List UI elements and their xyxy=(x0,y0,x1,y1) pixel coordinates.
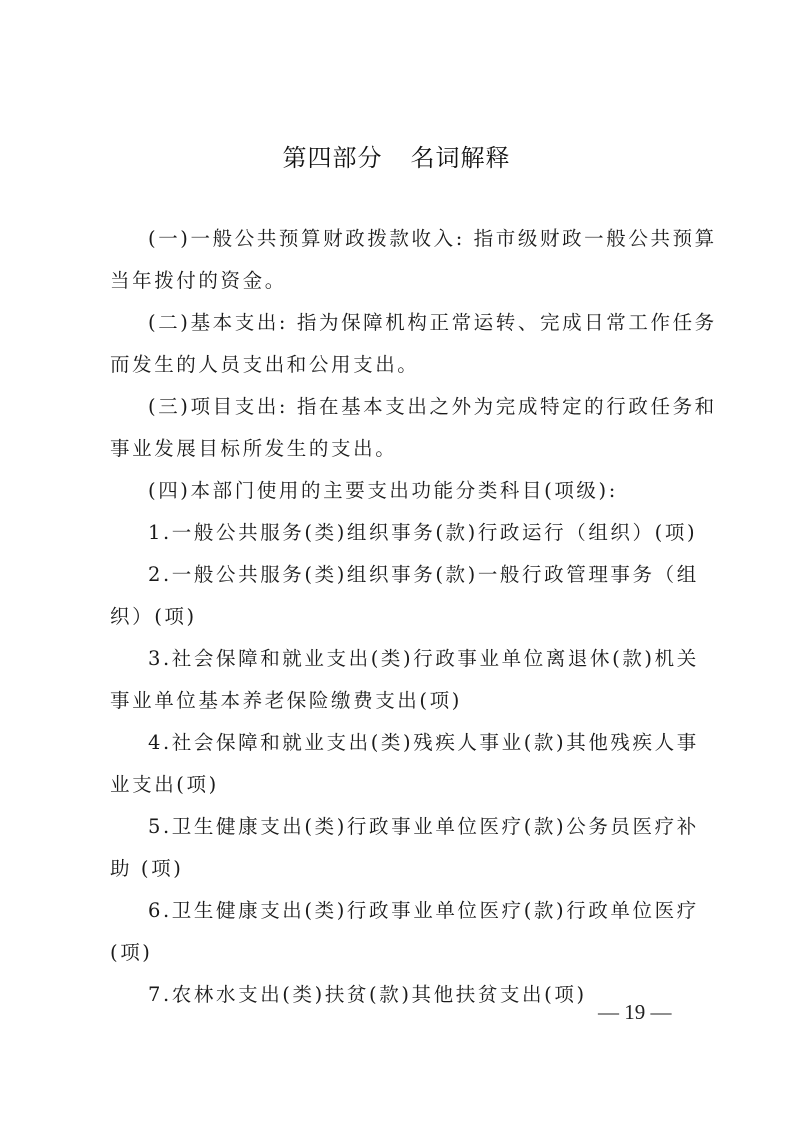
text-line: 当年拨付的资金。 xyxy=(110,260,688,302)
page-number: — 19 — xyxy=(598,1000,672,1025)
title-heading: 名词解释 xyxy=(411,144,511,172)
text-line: 1.一般公共服务(类)组织事务(款)行政运行（组织）(项) xyxy=(110,512,688,554)
document-body: (一)一般公共预算财政拨款收入: 指市级财政一般公共预算当年拨付的资金。(二)基… xyxy=(110,218,688,1016)
text-line: 织）(项) xyxy=(110,596,688,638)
text-line: (二)基本支出: 指为保障机构正常运转、完成日常工作任务 xyxy=(110,302,688,344)
text-line: (四)本部门使用的主要支出功能分类科目(项级): xyxy=(110,470,688,512)
text-line: 5.卫生健康支出(类)行政事业单位医疗(款)公务员医疗补 xyxy=(110,806,688,848)
text-line: 6.卫生健康支出(类)行政事业单位医疗(款)行政单位医疗 xyxy=(110,890,688,932)
text-line: 4.社会保障和就业支出(类)残疾人事业(款)其他残疾人事 xyxy=(110,722,688,764)
text-line: (一)一般公共预算财政拨款收入: 指市级财政一般公共预算 xyxy=(110,218,688,260)
text-line: (三)项目支出: 指在基本支出之外为完成特定的行政任务和 xyxy=(110,386,688,428)
text-line: 2.一般公共服务(类)组织事务(款)一般行政管理事务（组 xyxy=(110,554,688,596)
title-part: 第四部分 xyxy=(283,144,383,172)
text-line: 事业发展目标所发生的支出。 xyxy=(110,428,688,470)
text-line: 事业单位基本养老保险缴费支出(项) xyxy=(110,680,688,722)
text-line: 助 (项) xyxy=(110,848,688,890)
text-line: 3.社会保障和就业支出(类)行政事业单位离退休(款)机关 xyxy=(110,638,688,680)
page-title: 第四部分名词解释 xyxy=(0,138,793,173)
text-line: 而发生的人员支出和公用支出。 xyxy=(110,344,688,386)
text-line: (项) xyxy=(110,932,688,974)
text-line: 业支出(项) xyxy=(110,764,688,806)
